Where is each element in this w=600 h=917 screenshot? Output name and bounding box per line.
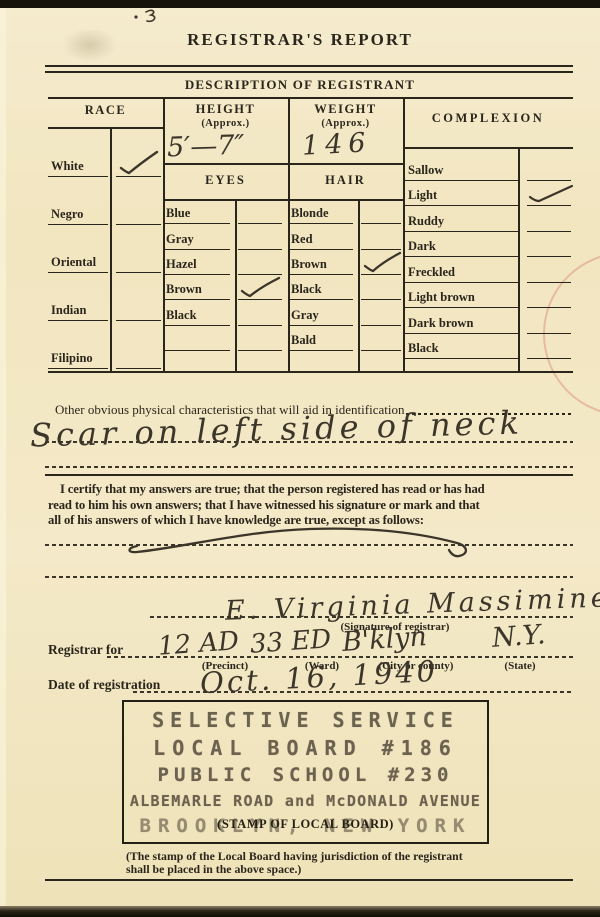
checkmark-icon [117,149,159,175]
stamp-line-3: PUBLIC SCHOOL #230 [124,764,487,786]
eyes-check-cell [238,198,282,224]
eyes-check-cell [238,325,282,351]
race-option-label: Negro [48,207,108,225]
hair-row: Gray [288,300,401,325]
hair-option-label: Red [288,232,353,250]
complexion-check-cell [527,333,571,359]
eyes-row: Blue [163,199,286,224]
race-row: Oriental [48,225,161,273]
value-rule [163,163,403,165]
eyes-option-label [163,348,230,351]
ink-scribble-mark [130,6,166,26]
eyes-check-cell [238,274,282,300]
height-header-text: HEIGHT [196,102,256,116]
race-option-label: Indian [48,303,108,321]
hair-row: Blonde [288,199,401,224]
bottom-rule [45,879,573,881]
eyes-option-label: Gray [163,232,230,250]
complexion-check-cell [527,205,571,231]
ward-value: 33 ED [249,624,332,660]
eyes-row [163,326,286,351]
complexion-rows: Sallow Light Ruddy [403,147,571,359]
race-check-cell [116,128,161,177]
race-header: RACE [48,103,163,118]
race-option-label: Filipino [48,351,108,369]
state-value: N.Y. [491,619,546,654]
weight-header: WEIGHT (Approx.) [288,102,403,129]
weight-value: 146 [301,127,372,162]
race-check-cell [116,272,161,321]
hair-row: Brown [288,250,401,275]
complexion-row: Ruddy [403,206,571,231]
double-rule-top [45,65,573,67]
complexion-row: Light [403,181,571,206]
hair-check-cell [361,249,401,275]
eyes-rows: Blue Gray Hazel [163,199,286,351]
complexion-option-label: Light brown [403,290,518,308]
double-rule-bottom [45,71,573,73]
hair-option-label: Bald [288,333,353,351]
race-check-cell [116,224,161,273]
complexion-row: Dark [403,232,571,257]
complexion-row: Sallow [403,147,571,181]
complexion-option-label: Light [403,188,518,206]
stamp-note-line-2: shall be placed in the above space.) [126,862,301,877]
certification-line: read to him his own answers; that I have… [48,498,578,514]
complexion-check-cell [527,231,571,257]
race-option-label: Oriental [48,255,108,273]
race-check-cell [116,176,161,225]
local-board-stamp-box: SELECTIVE SERVICE LOCAL BOARD #186 PUBLI… [122,700,489,844]
race-row: Negro [48,177,161,225]
complexion-row: Black [403,334,571,359]
eyes-check-cell [238,223,282,249]
hair-option-label: Brown [288,257,353,275]
complexion-option-label: Dark [403,239,518,257]
race-row: Indian [48,273,161,321]
hair-row: Black [288,275,401,300]
eyes-header: EYES [163,173,288,188]
checkmark-icon [528,184,574,204]
complexion-option-label: Sallow [403,163,518,181]
hair-option-label: Black [288,282,353,300]
complexion-option-label: Black [403,341,518,359]
race-check-cell [116,320,161,369]
complexion-row: Dark brown [403,308,571,333]
city-value: B'klyn [341,621,428,658]
write-in-rule [45,466,573,468]
signature-rule [150,616,573,618]
pen-strikethrough-flourish [115,522,490,562]
race-option-label: White [48,159,108,177]
eyes-option-label: Brown [163,282,230,300]
hair-header: HAIR [288,173,403,188]
write-in-rule [45,441,573,443]
section-title: DESCRIPTION OF REGISTRANT [0,77,600,93]
stamp-overlay-caption: (STAMP OF LOCAL BOARD) [124,817,487,832]
hair-check-cell [361,198,401,224]
eyes-row: Brown [163,275,286,300]
hair-row: Bald [288,326,401,351]
section-rule [45,474,573,476]
complexion-check-cell [527,180,571,206]
complexion-check-cell [527,307,571,333]
eyes-check-cell [238,299,282,325]
paper-edge-top [0,0,600,8]
complexion-check-cell [527,256,571,282]
stamp-line-4: ALBEMARLE ROAD and McDONALD AVENUE [124,792,487,810]
page-title: REGISTRAR'S REPORT [0,30,600,50]
complexion-row: Freckled [403,257,571,282]
height-header: HEIGHT (Approx.) [163,102,288,129]
hair-check-cell [361,325,401,351]
precinct-value: 12 AD [157,626,240,662]
weight-subheader: (Approx.) [288,118,403,129]
exceptions-rule [45,576,573,578]
complexion-check-cell [527,282,571,308]
checkmark-icon [362,251,402,273]
eyes-row: Gray [163,224,286,249]
paper-edge-bottom [0,906,600,917]
state-caption: (State) [480,660,560,672]
hair-rows: Blonde Red Brown [288,199,401,351]
stamp-line-1: SELECTIVE SERVICE [124,708,487,732]
race-row: Filipino [48,321,161,369]
certification-line: I certify that my answers are true; that… [48,482,578,498]
complexion-option-label: Ruddy [403,214,518,232]
race-row: White [48,129,161,177]
eyes-row: Hazel [163,250,286,275]
complexion-check-cell [527,146,571,181]
hair-row: Red [288,224,401,249]
checkmark-icon [239,276,281,298]
eyes-option-label: Black [163,308,230,326]
complexion-row: Light brown [403,283,571,308]
complexion-option-label: Dark brown [403,316,518,334]
stamp-line-2: LOCAL BOARD #186 [124,736,487,760]
paper-edge-left [0,8,6,906]
hair-check-cell [361,223,401,249]
weight-header-text: WEIGHT [314,102,377,116]
registrars-report-document: REGISTRAR'S REPORT DESCRIPTION OF REGIST… [0,0,600,917]
height-value: 5′—7″ [166,130,245,164]
eyes-option-label: Hazel [163,257,230,275]
eyes-option-label: Blue [163,206,230,224]
eyes-check-cell [238,249,282,275]
complexion-header: COMPLEXION [403,111,573,126]
height-subheader: (Approx.) [163,118,288,129]
hair-check-cell [361,274,401,300]
race-rows: White Negro Oriental [48,129,161,369]
hair-option-label: Blonde [288,206,353,224]
description-table: RACE White Negro Ori [48,97,573,373]
hair-check-cell [361,299,401,325]
complexion-option-label: Freckled [403,265,518,283]
eyes-row: Black [163,300,286,325]
hair-option-label: Gray [288,308,353,326]
